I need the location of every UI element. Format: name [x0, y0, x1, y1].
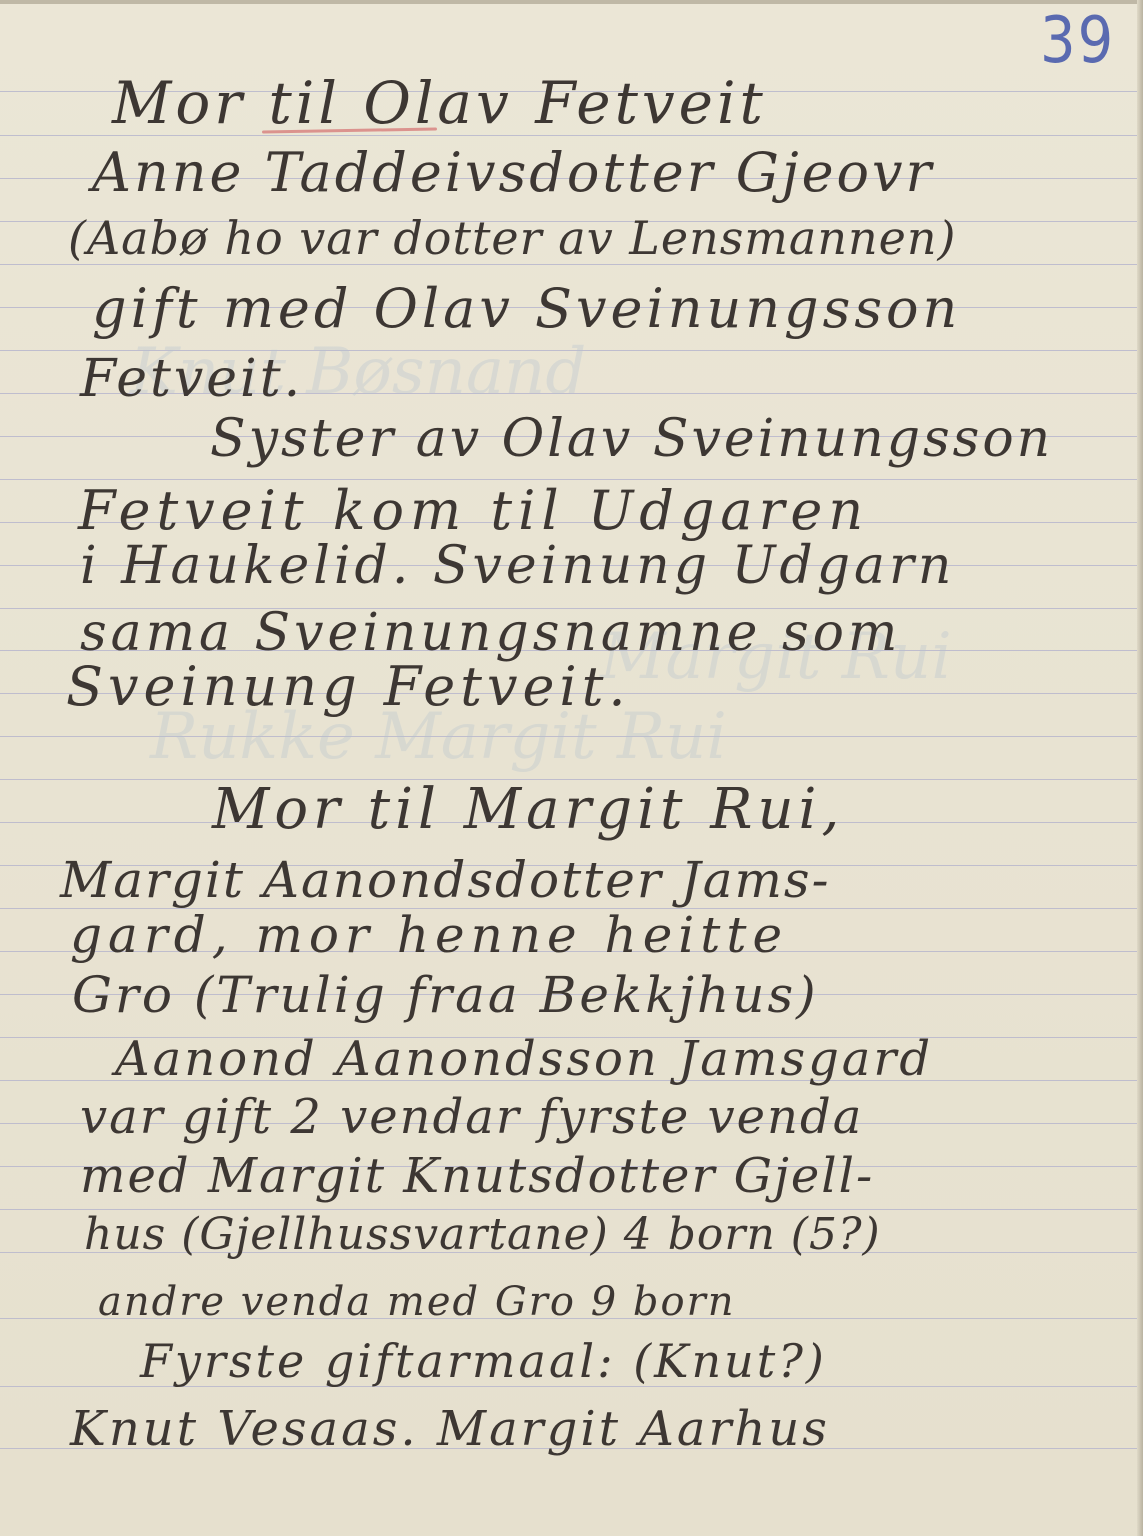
- text-line: gift med Olav Sveinungsson: [92, 282, 961, 336]
- text-line: Knut Vesaas. Margit Aarhus: [70, 1405, 830, 1453]
- text-line: Margit Aanondsdotter Jams-: [60, 855, 830, 905]
- text-line: var gift 2 vendar fyrste venda: [80, 1093, 863, 1141]
- page-top-edge: [0, 0, 1143, 4]
- page-binding-edge: [1137, 0, 1143, 1536]
- text-line: andre venda med Gro 9 born: [98, 1282, 735, 1322]
- text-line: Fyrste giftarmaal: (Knut?): [140, 1338, 827, 1384]
- text-line: Gro (Trulig fraa Bekkjhus): [72, 970, 819, 1020]
- text-line: Fetveit kom til Udgaren: [78, 484, 869, 538]
- text-line: Mor til Margit Rui,: [212, 782, 844, 838]
- text-line: (Aabø ho var dotter av Lensmannen): [68, 215, 956, 261]
- text-line: Aanond Aanondsson Jamsgard: [115, 1035, 933, 1083]
- page-number: 39: [1040, 3, 1115, 78]
- text-line: med Margit Knutsdotter Gjell-: [80, 1152, 874, 1200]
- text-line: Sveinung Fetveit.: [66, 660, 631, 714]
- text-line: Syster av Olav Sveinungsson: [210, 413, 1053, 465]
- text-line: hus (Gjellhussvartane) 4 born (5?): [84, 1213, 881, 1257]
- text-line: Anne Taddeivsdotter Gjeovr: [92, 146, 934, 200]
- text-line: sama Sveinungsnamne som: [80, 607, 901, 659]
- notebook-page: Knut Bøsnand Rukke Margit Rui Margit Rui…: [0, 0, 1143, 1536]
- text-line: i Haukelid. Sveinung Udgarn: [80, 540, 955, 592]
- text-line: gard, mor henne heitte: [70, 910, 788, 960]
- text-line: Mor til Olav Fetveit: [112, 74, 767, 132]
- text-line: Fetveit.: [80, 353, 303, 405]
